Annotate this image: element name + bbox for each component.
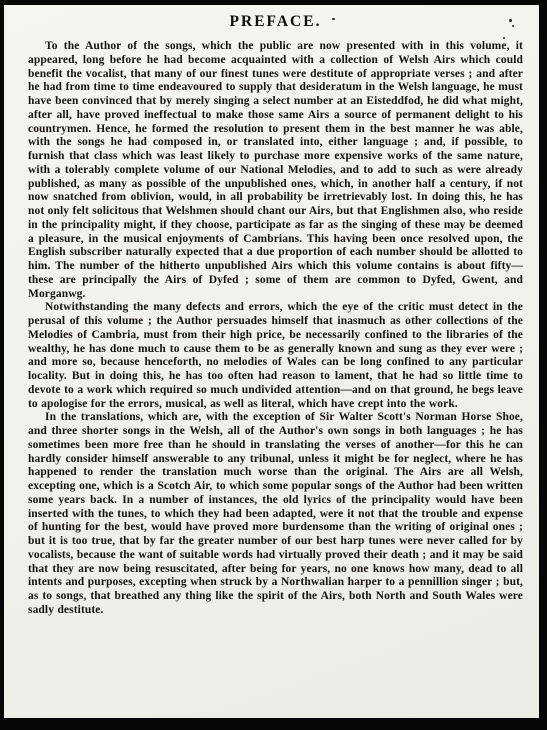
ink-speck (503, 37, 505, 39)
ink-speck (332, 18, 335, 20)
ink-speck (512, 25, 514, 27)
scanned-document: { "page": { "title": "PREFACE.", "paragr… (0, 0, 547, 730)
page-title: PREFACE. (28, 12, 523, 31)
page-content: PREFACE. To the Author of the songs, whi… (4, 5, 539, 618)
scanned-page: PREFACE. To the Author of the songs, whi… (4, 5, 539, 718)
preface-paragraph-2: Notwithstanding the many defects and err… (28, 301, 523, 411)
preface-paragraph-3: In the translations, which are, with the… (28, 411, 523, 617)
preface-paragraph-1: To the Author of the songs, which the pu… (28, 40, 523, 301)
ink-speck (509, 19, 512, 22)
